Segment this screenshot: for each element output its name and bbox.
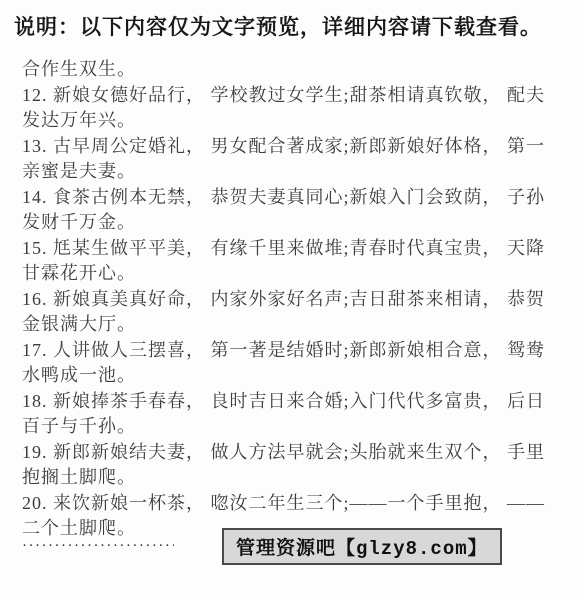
text-line: 20. 来饮新娘一杯茶， 唿汝二年生三个;——一个手里抱， —— bbox=[22, 491, 566, 517]
text-line: 15. 尪某生做平平美， 有缘千里来做堆;青春时代真宝贵， 天降 bbox=[22, 236, 566, 262]
text-line: 17. 人讲做人三摆喜， 第一著是结婚时;新郎新娘相合意， 鸳鸯 bbox=[22, 338, 566, 364]
page-container: 说明：以下内容仅为文字预览，详细内容请下载查看。 合作生双生。 12. 新娘女德… bbox=[0, 0, 578, 600]
text-line: 甘霖花开心。 bbox=[22, 261, 566, 287]
text-line: 水鸭成一池。 bbox=[22, 363, 566, 389]
text-line: 金银满大厅。 bbox=[22, 312, 566, 338]
preview-notice: 说明：以下内容仅为文字预览，详细内容请下载查看。 bbox=[14, 14, 566, 42]
dots-separator: ························ bbox=[22, 538, 174, 555]
text-line: 13. 古早周公定婚礼， 男女配合著成家;新郎新娘好体格， 第一 bbox=[22, 134, 566, 160]
text-line: 百子与千孙。 bbox=[22, 414, 566, 440]
text-line: 亲蜜是夫妻。 bbox=[22, 159, 566, 185]
text-line: 发财千万金。 bbox=[22, 210, 566, 236]
text-line: 14. 食茶古例本无禁， 恭贺夫妻真同心;新娘入门会致荫， 子孙 bbox=[22, 185, 566, 211]
text-line: 16. 新娘真美真好命， 内家外家好名声;吉日甜茶来相请， 恭贺 bbox=[22, 287, 566, 313]
preview-text: 合作生双生。 12. 新娘女德好品行， 学校教过女学生;甜茶相请真钦敬， 配夫 … bbox=[14, 57, 566, 542]
text-line: 19. 新郎新娘结夫妻， 做人方法早就会;头胎就来生双个， 手里 bbox=[22, 440, 566, 466]
text-line: 12. 新娘女德好品行， 学校教过女学生;甜茶相请真钦敬， 配夫 bbox=[22, 83, 566, 109]
text-line: 发达万年兴。 bbox=[22, 108, 566, 134]
text-line: 18. 新娘捧茶手春春， 良时吉日来合婚;入门代代多富贵， 后日 bbox=[22, 389, 566, 415]
text-line: 抱搁土脚爬。 bbox=[22, 465, 566, 491]
text-line: 合作生双生。 bbox=[22, 57, 566, 83]
watermark-box: 管理资源吧【glzy8.com】 bbox=[222, 528, 502, 565]
